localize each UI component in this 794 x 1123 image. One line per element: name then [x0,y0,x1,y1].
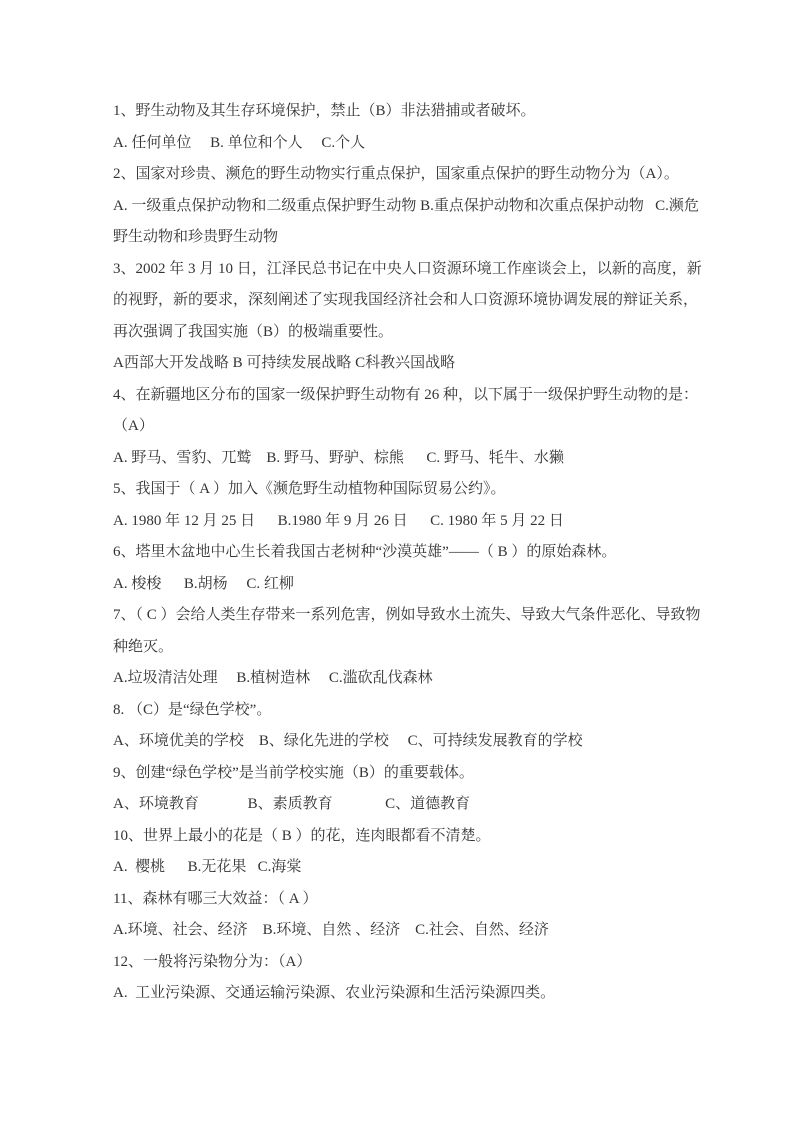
question-block: 12、一般将污染物分为：（A） A. 工业污染源、交通运输污染源、农业污染源和生… [113,947,734,1010]
question-text: 10、世界上最小的花是（ B ）的花，连肉眼都看不清楚。 [113,821,734,853]
question-options: A、环境教育 B、素质教育 C、道德教育 [113,789,734,821]
document-page: 1、野生动物及其生存环境保护，禁止（B）非法猎捕或者破坏。 A. 任何单位 B.… [0,0,794,1123]
question-options: A西部大开发战略 B 可持续发展战略 C科教兴国战略 [113,348,734,380]
question-block: 5、我国于（ A ）加入《濒危野生动植物种国际贸易公约》。 A. 1980 年 … [113,474,734,537]
question-options: A. 任何单位 B. 单位和个人 C.个人 [113,128,734,160]
question-options: A. 1980 年 12 月 25 日 B.1980 年 9 月 26 日 C.… [113,506,734,538]
question-text: 4、在新疆地区分布的国家一级保护野生动物有 26 种，以下属于一级保护野生动物的… [113,380,734,443]
question-options: A. 一级重点保护动物和二级重点保护野生动物 B.重点保护动物和次重点保护动物 … [113,191,734,254]
question-text: 7、（ C ）会给人类生存带来一系列危害，例如导致水土流失、导致大气条件恶化、导… [113,600,734,663]
question-block: 2、国家对珍贵、濒危的野生动物实行重点保护，国家重点保护的野生动物分为（A）。 … [113,159,734,254]
question-block: 4、在新疆地区分布的国家一级保护野生动物有 26 种，以下属于一级保护野生动物的… [113,380,734,475]
question-block: 3、2002 年 3 月 10 日，江泽民总书记在中央人口资源环境工作座谈会上，… [113,254,734,380]
quiz-content: 1、野生动物及其生存环境保护，禁止（B）非法猎捕或者破坏。 A. 任何单位 B.… [113,96,734,1010]
question-block: 9、创建“绿色学校”是当前学校实施（B）的重要载体。 A、环境教育 B、素质教育… [113,758,734,821]
question-text: 3、2002 年 3 月 10 日，江泽民总书记在中央人口资源环境工作座谈会上，… [113,254,734,349]
question-text: 5、我国于（ A ）加入《濒危野生动植物种国际贸易公约》。 [113,474,734,506]
question-options: A. 野马、雪豹、兀鹫 B. 野马、野驴、棕熊 C. 野马、牦牛、水獭 [113,443,734,475]
question-text: 8. （C）是“绿色学校”。 [113,695,734,727]
question-block: 10、世界上最小的花是（ B ）的花，连肉眼都看不清楚。 A. 樱桃 B.无花果… [113,821,734,884]
question-text: 9、创建“绿色学校”是当前学校实施（B）的重要载体。 [113,758,734,790]
question-options: A.垃圾清洁处理 B.植树造林 C.滥砍乱伐森林 [113,663,734,695]
question-text: 12、一般将污染物分为：（A） [113,947,734,979]
question-block: 11、森林有哪三大效益：（ A ） A.环境、社会、经济 B.环境、自然 、经济… [113,884,734,947]
question-options: A. 工业污染源、交通运输污染源、农业污染源和生活污染源四类。 [113,978,734,1010]
question-options: A. 梭梭 B.胡杨 C. 红柳 [113,569,734,601]
question-block: 7、（ C ）会给人类生存带来一系列危害，例如导致水土流失、导致大气条件恶化、导… [113,600,734,695]
question-options: A.环境、社会、经济 B.环境、自然 、经济 C.社会、自然、经济 [113,915,734,947]
question-text: 1、野生动物及其生存环境保护，禁止（B）非法猎捕或者破坏。 [113,96,734,128]
question-options: A. 樱桃 B.无花果 C.海棠 [113,852,734,884]
question-block: 6、塔里木盆地中心生长着我国古老树种“沙漠英雄”——（ B ）的原始森林。 A.… [113,537,734,600]
question-block: 1、野生动物及其生存环境保护，禁止（B）非法猎捕或者破坏。 A. 任何单位 B.… [113,96,734,159]
question-text: 2、国家对珍贵、濒危的野生动物实行重点保护，国家重点保护的野生动物分为（A）。 [113,159,734,191]
question-options: A、环境优美的学校 B、绿化先进的学校 C、可持续发展教育的学校 [113,726,734,758]
question-text: 6、塔里木盆地中心生长着我国古老树种“沙漠英雄”——（ B ）的原始森林。 [113,537,734,569]
question-block: 8. （C）是“绿色学校”。 A、环境优美的学校 B、绿化先进的学校 C、可持续… [113,695,734,758]
question-text: 11、森林有哪三大效益：（ A ） [113,884,734,916]
